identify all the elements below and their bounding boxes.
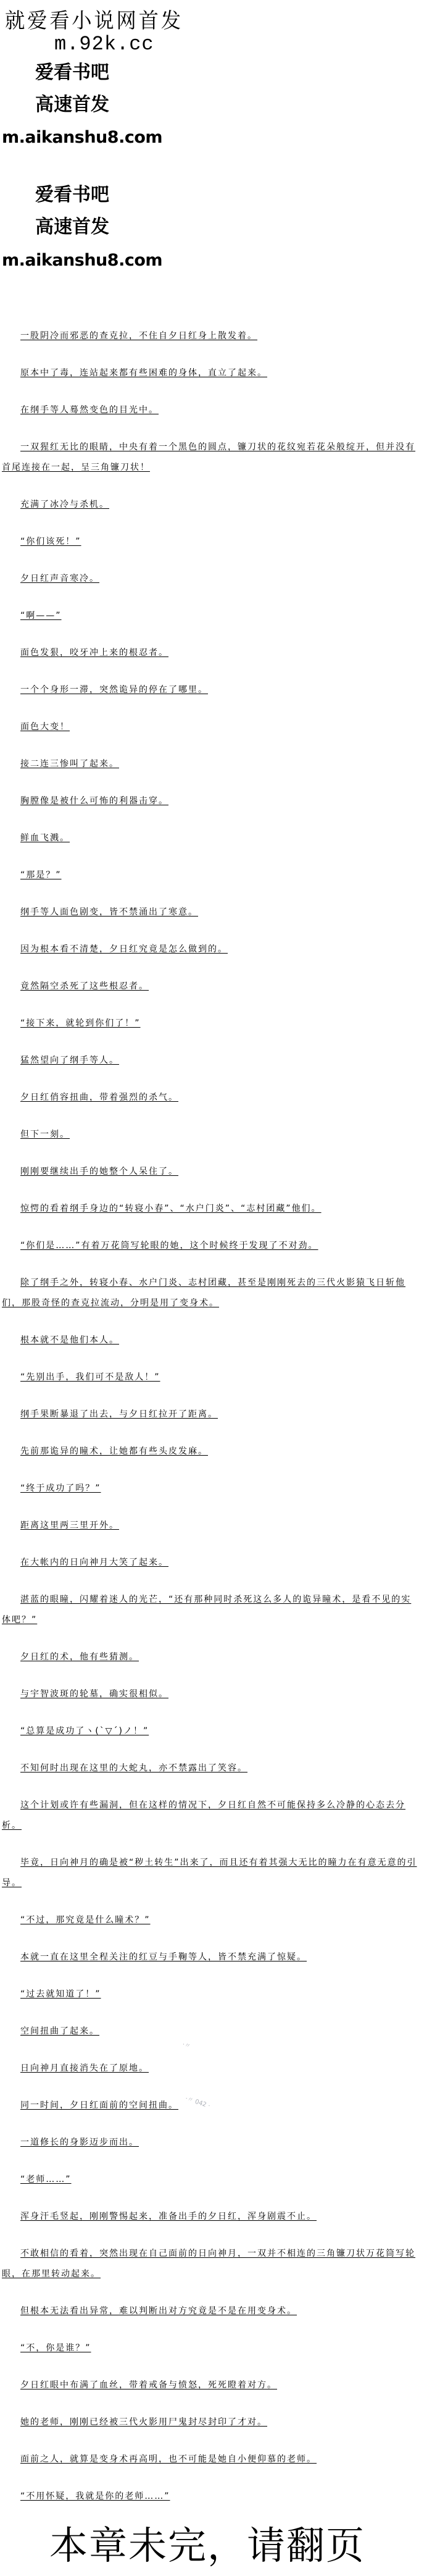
chapter-paragraph: “过去就知道了！” xyxy=(2,1984,419,2005)
chapter-paragraph: “啊——” xyxy=(2,606,419,626)
chapter-paragraph: 原本中了毒，连站起来都有些困难的身体，直立了起来。 xyxy=(2,363,419,384)
chapter-paragraph: 面色发狠，咬牙冲上来的根忍者。 xyxy=(2,643,419,663)
chapter-paragraph: 根本就不是他们本人。 xyxy=(2,1330,419,1351)
chapter-paragraph: 猛然望向了纲手等人。 xyxy=(2,1051,419,1071)
chapter-paragraph: 在大帐内的日向神月大笑了起来。 xyxy=(2,1553,419,1573)
promo-title: 爱看书吧 xyxy=(35,184,109,206)
chapter-paragraph: “老师……” xyxy=(2,2170,419,2190)
chapter-paragraph: “先别出手，我们可不是敌人！” xyxy=(2,1367,419,1388)
promo-url[interactable]: m.aikanshu8.com xyxy=(2,250,162,271)
chapter-paragraph: 距离这里两三里开外。 xyxy=(2,1516,419,1536)
chapter-paragraph: 胸膛像是被什么可怖的利器击穿。 xyxy=(2,791,419,812)
chapter-paragraph: 面前之人，就算是变身术再高明，也不可能是她自小便仰慕的老师。 xyxy=(2,2449,419,2470)
chapter-paragraph: 竟然隔空杀死了这些根忍者。 xyxy=(2,976,419,997)
chapter-paragraph: 她的老师，刚刚已经被三代火影用尸鬼封尽封印了才对。 xyxy=(2,2412,419,2433)
chapter-paragraph: “你们是……”有着万花筒写轮眼的她，这个时候终于发现了不对劲。 xyxy=(2,1236,419,1256)
promo-subtitle: 高速首发 xyxy=(35,216,109,238)
chapter-paragraph: 面色大变！ xyxy=(2,717,419,737)
promo-title: 爱看书吧 xyxy=(35,62,109,84)
chapter-paragraph: 纲手果断暴退了出去，与夕日红拉开了距离。 xyxy=(2,1404,419,1425)
chapter-paragraph: 夕日红声音寒冷。 xyxy=(2,569,419,589)
chapter-paragraph: 但下一刻。 xyxy=(2,1125,419,1145)
chapter-paragraph: 夕日红眼中布满了血丝，带着戒备与愤怒，死死瞪着对方。 xyxy=(2,2375,419,2396)
site-name: 就爱看小说网首发 xyxy=(5,9,183,33)
chapter-paragraph: 同一时间，夕日红面前的空间扭曲。 xyxy=(2,2096,419,2116)
chapter-paragraph: 一个个身形一滞，突然诡异的停在了哪里。 xyxy=(2,680,419,700)
chapter-paragraph: 湛蓝的眼瞳，闪耀着迷人的光芒，“还有那种同时杀死这么多人的诡异瞳术，是看不见的实… xyxy=(2,1590,419,1630)
chapter-paragraph: “总算是成功了ヽ(ˋ▽ˊ)ノ！” xyxy=(2,1721,419,1742)
chapter-paragraph: 先前那诡异的瞳术，让她都有些头皮发麻。 xyxy=(2,1441,419,1462)
chapter-paragraph: 毕竟，日向神月的确是被“秽土转生”出来了，而且还有着其强大无比的瞳力在有意无意的… xyxy=(2,1853,419,1894)
chapter-paragraph: 与宇智波斑的轮墓，确实很相似。 xyxy=(2,1684,419,1705)
chapter-paragraph: 充满了冰冷与杀机。 xyxy=(2,495,419,515)
chapter-paragraph: 浑身汗毛竖起，刚刚警惕起来，准备出手的夕日红，浑身剧震不止。 xyxy=(2,2207,419,2227)
chapter-paragraph: 一道修长的身影迈步而出。 xyxy=(2,2133,419,2153)
chapter-paragraph: 纲手等人面色剧变，皆不禁涌出了寒意。 xyxy=(2,902,419,923)
chapter-paragraph: 夕日红的术，他有些猜测。 xyxy=(2,1647,419,1668)
chapter-paragraph: 夕日红俏容扭曲，带着强烈的杀气。 xyxy=(2,1088,419,1108)
chapter-paragraph: 除了纲手之外，转寝小春、水户门炎、志村团藏，甚至是刚刚死去的三代火影猿飞日斩他们… xyxy=(2,1273,419,1314)
chapter-paragraph: 本就一直在这里全程关注的红豆与手鞠等人，皆不禁充满了惊疑。 xyxy=(2,1947,419,1968)
chapter-paragraph: 一双猩红无比的眼睛，中央有着一个黑色的圆点，镰刀状的花纹宛若花朵般绽开，但并没有… xyxy=(2,437,419,478)
promo-url[interactable]: m.aikanshu8.com xyxy=(2,127,162,148)
chapter-paragraph: 不知何时出现在这里的大蛇丸，亦不禁露出了笑容。 xyxy=(2,1758,419,1779)
chapter-paragraph: “不，你是谁？” xyxy=(2,2338,419,2359)
chapter-paragraph: 不敢相信的看着，突然出现在自己面前的日向神月，一双并不相连的三角镰刀状万花筒写轮… xyxy=(2,2244,419,2284)
promo-subtitle: 高速首发 xyxy=(35,94,109,116)
chapter-paragraph: “你们该死！” xyxy=(2,532,419,552)
chapter-paragraph: 鲜血飞溅。 xyxy=(2,828,419,849)
chapter-paragraph: 刚刚要继续出手的她整个人呆住了。 xyxy=(2,1162,419,1182)
site-url[interactable]: m.92k.cc xyxy=(54,32,154,57)
chapter-paragraph: 空间扭曲了起来。 xyxy=(2,2021,419,2042)
chapter-paragraph: 在纲手等人蓦然变色的目光中。 xyxy=(2,400,419,421)
chapter-paragraph: 接二连三惨叫了起来。 xyxy=(2,754,419,774)
chapter-paragraph: 日向神月直接消失在了原地。 xyxy=(2,2058,419,2079)
chapter-paragraph: 惊愕的看着纲手身边的“转寝小春”、“水户门炎”、“志村团藏”他们。 xyxy=(2,1199,419,1219)
chapter-paragraph: “终于成功了吗？” xyxy=(2,1479,419,1499)
chapter-paragraph: 这个计划或许有些漏洞，但在这样的情况下，夕日红自然不可能保持多么冷静的心态去分析… xyxy=(2,1795,419,1836)
chapter-paragraph: “那是？” xyxy=(2,865,419,886)
chapter-paragraph: 一股阴冷而邪恶的查克拉，不住自夕日红身上散发着。 xyxy=(2,326,419,346)
chapter-paragraph: 但根本无法看出异常，难以判断出对方究竟是不是在用变身术。 xyxy=(2,2301,419,2322)
chapter-paragraph: “接下来，就轮到你们了！” xyxy=(2,1013,419,1034)
chapter-paragraph: 因为根本看不清楚，夕日红究竟是怎么做到的。 xyxy=(2,939,419,960)
chapter-content: 一股阴冷而邪恶的查克拉，不住自夕日红身上散发着。原本中了毒，连站起来都有些困难的… xyxy=(2,326,419,2524)
chapter-paragraph: “不过，那究竟是什么瞳术？” xyxy=(2,1910,419,1931)
continue-notice[interactable]: 本章未完，请翻页 xyxy=(49,2524,365,2568)
chapter-paragraph: “不用怀疑，我就是你的老师……” xyxy=(2,2486,419,2507)
